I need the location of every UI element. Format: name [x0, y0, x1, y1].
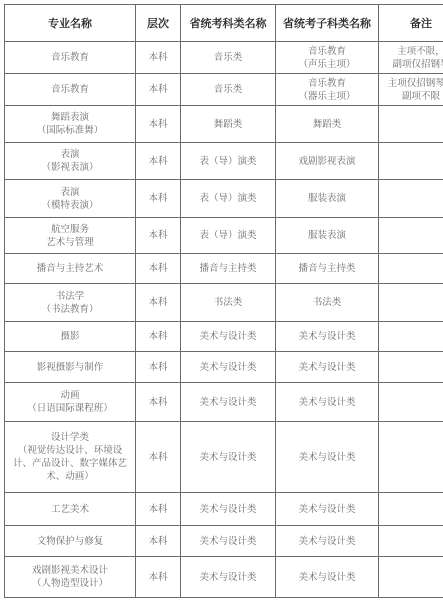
subcategory-cell: 舞蹈类	[276, 106, 379, 143]
note-cell	[379, 352, 443, 383]
major-cell-text: 表演	[7, 186, 133, 199]
major-cell-text: 航空服务	[7, 223, 133, 236]
subcategory-cell-text: 美术与设计类	[278, 396, 376, 409]
subcategory-cell: 美术与设计类	[276, 322, 379, 352]
major-cell-text: 术、动画）	[7, 470, 133, 483]
level-cell-text: 本科	[138, 118, 178, 131]
table-row: 文物保护与修复本科美术与设计类美术与设计类	[5, 526, 443, 557]
level-cell-text: 本科	[138, 83, 178, 96]
note-cell	[379, 422, 443, 493]
level-cell-text: 本科	[138, 51, 178, 64]
category-cell: 美术与设计类	[181, 493, 276, 526]
note-cell-text: 副项不限	[381, 90, 443, 103]
level-cell: 本科	[136, 254, 181, 284]
level-cell: 本科	[136, 218, 181, 254]
major-cell-text: 舞蹈表演	[7, 111, 133, 124]
subcategory-cell: 美术与设计类	[276, 493, 379, 526]
note-cell	[379, 557, 443, 598]
major-cell: 播音与主持艺术	[5, 254, 136, 284]
subcategory-cell-text: 美术与设计类	[278, 361, 376, 374]
category-cell: 表（导）演类	[181, 143, 276, 180]
level-cell: 本科	[136, 526, 181, 557]
category-cell: 表（导）演类	[181, 218, 276, 254]
subcategory-cell-text: 美术与设计类	[278, 571, 376, 584]
major-cell: 航空服务艺术与管理	[5, 218, 136, 254]
note-cell	[379, 284, 443, 322]
note-cell-text: 主项仅招钢琴，	[381, 77, 443, 90]
subcategory-cell: 音乐教育（声乐主项）	[276, 42, 379, 74]
category-cell-text: 美术与设计类	[183, 535, 273, 548]
major-cell: 文物保护与修复	[5, 526, 136, 557]
note-cell	[379, 143, 443, 180]
major-cell-text: 影视摄影与制作	[7, 361, 133, 374]
subcategory-cell: 美术与设计类	[276, 352, 379, 383]
level-cell-text: 本科	[138, 535, 178, 548]
table-row: 舞蹈表演（国际标准舞）本科舞蹈类舞蹈类	[5, 106, 443, 143]
subcategory-cell: 音乐教育（器乐主项）	[276, 74, 379, 106]
major-cell-text: 计、产品设计、数字媒体艺	[7, 457, 133, 470]
table-row: 戏剧影视美术设计（人物造型设计）本科美术与设计类美术与设计类	[5, 557, 443, 598]
major-cell-text: （书法教育）	[7, 303, 133, 316]
category-cell-text: 美术与设计类	[183, 451, 273, 464]
major-cell-text: 音乐教育	[7, 51, 133, 64]
note-cell-text: 副项仅招钢琴	[381, 58, 443, 71]
category-cell: 美术与设计类	[181, 422, 276, 493]
major-cell-text: 音乐教育	[7, 83, 133, 96]
category-cell-text: 表（导）演类	[183, 192, 273, 205]
table-row: 音乐教育本科音乐类音乐教育（声乐主项）主项不限，副项仅招钢琴	[5, 42, 443, 74]
level-cell: 本科	[136, 557, 181, 598]
table-row: 表演（模特表演）本科表（导）演类服装表演	[5, 180, 443, 218]
subcategory-cell-text: 服装表演	[278, 192, 376, 205]
admissions-table: 专业名称 层次 省统考科类名称 省统考子科类名称 备注 音乐教育本科音乐类音乐教…	[4, 4, 443, 598]
note-cell: 主项仅招钢琴，副项不限	[379, 74, 443, 106]
level-cell: 本科	[136, 106, 181, 143]
category-cell-text: 播音与主持类	[183, 262, 273, 275]
table-row: 设计学类（视觉传达设计、环境设计、产品设计、数字媒体艺术、动画）本科美术与设计类…	[5, 422, 443, 493]
table-row: 表演（影视表演）本科表（导）演类戏剧影视表演	[5, 143, 443, 180]
subcategory-cell-text: 美术与设计类	[278, 330, 376, 343]
note-cell	[379, 254, 443, 284]
major-cell-text: 表演	[7, 148, 133, 161]
category-cell-text: 美术与设计类	[183, 330, 273, 343]
category-cell: 美术与设计类	[181, 557, 276, 598]
level-cell: 本科	[136, 493, 181, 526]
major-cell: 舞蹈表演（国际标准舞）	[5, 106, 136, 143]
note-cell	[379, 322, 443, 352]
note-cell	[379, 383, 443, 422]
note-cell-text: 主项不限，	[381, 45, 443, 58]
category-cell-text: 音乐类	[183, 51, 273, 64]
major-cell-text: （人物造型设计）	[7, 577, 133, 590]
table-row: 动画（日语国际课程班）本科美术与设计类美术与设计类	[5, 383, 443, 422]
level-cell-text: 本科	[138, 451, 178, 464]
subcategory-cell: 服装表演	[276, 180, 379, 218]
major-cell-text: 动画	[7, 389, 133, 402]
major-cell: 音乐教育	[5, 42, 136, 74]
table-row: 工艺美术本科美术与设计类美术与设计类	[5, 493, 443, 526]
major-cell: 书法学（书法教育）	[5, 284, 136, 322]
major-cell: 设计学类（视觉传达设计、环境设计、产品设计、数字媒体艺术、动画）	[5, 422, 136, 493]
subcategory-cell: 美术与设计类	[276, 422, 379, 493]
level-cell: 本科	[136, 322, 181, 352]
category-cell-text: 美术与设计类	[183, 503, 273, 516]
subcategory-cell-text: 书法类	[278, 296, 376, 309]
header-category: 省统考科类名称	[181, 5, 276, 42]
level-cell: 本科	[136, 284, 181, 322]
table-row: 影视摄影与制作本科美术与设计类美术与设计类	[5, 352, 443, 383]
major-cell-text: 摄影	[7, 330, 133, 343]
level-cell: 本科	[136, 352, 181, 383]
major-cell-text: （模特表演）	[7, 199, 133, 212]
subcategory-cell: 书法类	[276, 284, 379, 322]
level-cell-text: 本科	[138, 503, 178, 516]
category-cell: 美术与设计类	[181, 526, 276, 557]
subcategory-cell-text: 服装表演	[278, 229, 376, 242]
major-cell-text: 工艺美术	[7, 503, 133, 516]
major-cell-text: （日语国际课程班）	[7, 402, 133, 415]
level-cell-text: 本科	[138, 155, 178, 168]
major-cell: 工艺美术	[5, 493, 136, 526]
header-row: 专业名称 层次 省统考科类名称 省统考子科类名称 备注	[5, 5, 443, 42]
level-cell-text: 本科	[138, 262, 178, 275]
level-cell-text: 本科	[138, 571, 178, 584]
subcategory-cell: 服装表演	[276, 218, 379, 254]
category-cell: 舞蹈类	[181, 106, 276, 143]
category-cell-text: 美术与设计类	[183, 396, 273, 409]
category-cell: 播音与主持类	[181, 254, 276, 284]
major-cell: 影视摄影与制作	[5, 352, 136, 383]
level-cell-text: 本科	[138, 192, 178, 205]
category-cell-text: 美术与设计类	[183, 571, 273, 584]
category-cell-text: 美术与设计类	[183, 361, 273, 374]
subcategory-cell: 播音与主持类	[276, 254, 379, 284]
header-note: 备注	[379, 5, 443, 42]
major-cell: 表演（模特表演）	[5, 180, 136, 218]
major-cell-text: （国际标准舞）	[7, 124, 133, 137]
subcategory-cell-text: 美术与设计类	[278, 535, 376, 548]
category-cell: 音乐类	[181, 42, 276, 74]
level-cell: 本科	[136, 383, 181, 422]
note-cell	[379, 526, 443, 557]
level-cell-text: 本科	[138, 330, 178, 343]
note-cell	[379, 218, 443, 254]
note-cell	[379, 493, 443, 526]
major-cell: 音乐教育	[5, 74, 136, 106]
subcategory-cell-text: 播音与主持类	[278, 262, 376, 275]
major-cell: 表演（影视表演）	[5, 143, 136, 180]
category-cell-text: 表（导）演类	[183, 155, 273, 168]
level-cell: 本科	[136, 180, 181, 218]
subcategory-cell: 美术与设计类	[276, 557, 379, 598]
category-cell: 美术与设计类	[181, 383, 276, 422]
subcategory-cell-text: 戏剧影视表演	[278, 155, 376, 168]
major-cell: 摄影	[5, 322, 136, 352]
subcategory-cell-text: 音乐教育	[278, 77, 376, 90]
major-cell-text: 文物保护与修复	[7, 535, 133, 548]
major-cell-text: （影视表演）	[7, 161, 133, 174]
major-cell: 戏剧影视美术设计（人物造型设计）	[5, 557, 136, 598]
header-level: 层次	[136, 5, 181, 42]
level-cell-text: 本科	[138, 229, 178, 242]
table-row: 音乐教育本科音乐类音乐教育（器乐主项）主项仅招钢琴，副项不限	[5, 74, 443, 106]
note-cell	[379, 180, 443, 218]
major-cell-text: 书法学	[7, 290, 133, 303]
subcategory-cell-text: 美术与设计类	[278, 503, 376, 516]
category-cell: 美术与设计类	[181, 352, 276, 383]
level-cell: 本科	[136, 42, 181, 74]
category-cell: 音乐类	[181, 74, 276, 106]
note-cell	[379, 106, 443, 143]
note-cell: 主项不限，副项仅招钢琴	[379, 42, 443, 74]
category-cell-text: 书法类	[183, 296, 273, 309]
level-cell-text: 本科	[138, 396, 178, 409]
major-cell-text: 播音与主持艺术	[7, 262, 133, 275]
category-cell: 表（导）演类	[181, 180, 276, 218]
category-cell-text: 音乐类	[183, 83, 273, 96]
subcategory-cell: 美术与设计类	[276, 383, 379, 422]
table-row: 航空服务艺术与管理本科表（导）演类服装表演	[5, 218, 443, 254]
major-cell: 动画（日语国际课程班）	[5, 383, 136, 422]
table-row: 摄影本科美术与设计类美术与设计类	[5, 322, 443, 352]
header-subcategory: 省统考子科类名称	[276, 5, 379, 42]
level-cell-text: 本科	[138, 361, 178, 374]
subcategory-cell-text: 美术与设计类	[278, 451, 376, 464]
subcategory-cell: 戏剧影视表演	[276, 143, 379, 180]
category-cell: 美术与设计类	[181, 322, 276, 352]
subcategory-cell-text: （器乐主项）	[278, 90, 376, 103]
table-body: 音乐教育本科音乐类音乐教育（声乐主项）主项不限，副项仅招钢琴音乐教育本科音乐类音…	[5, 42, 443, 598]
subcategory-cell-text: （声乐主项）	[278, 58, 376, 71]
major-cell-text: 设计学类	[7, 431, 133, 444]
major-cell-text: （视觉传达设计、环境设	[7, 444, 133, 457]
subcategory-cell-text: 舞蹈类	[278, 118, 376, 131]
category-cell-text: 舞蹈类	[183, 118, 273, 131]
level-cell: 本科	[136, 74, 181, 106]
level-cell: 本科	[136, 422, 181, 493]
major-cell-text: 戏剧影视美术设计	[7, 564, 133, 577]
header-major: 专业名称	[5, 5, 136, 42]
category-cell-text: 表（导）演类	[183, 229, 273, 242]
level-cell: 本科	[136, 143, 181, 180]
major-cell-text: 艺术与管理	[7, 236, 133, 249]
level-cell-text: 本科	[138, 296, 178, 309]
subcategory-cell-text: 音乐教育	[278, 45, 376, 58]
category-cell: 书法类	[181, 284, 276, 322]
table-row: 播音与主持艺术本科播音与主持类播音与主持类	[5, 254, 443, 284]
subcategory-cell: 美术与设计类	[276, 526, 379, 557]
table-row: 书法学（书法教育）本科书法类书法类	[5, 284, 443, 322]
